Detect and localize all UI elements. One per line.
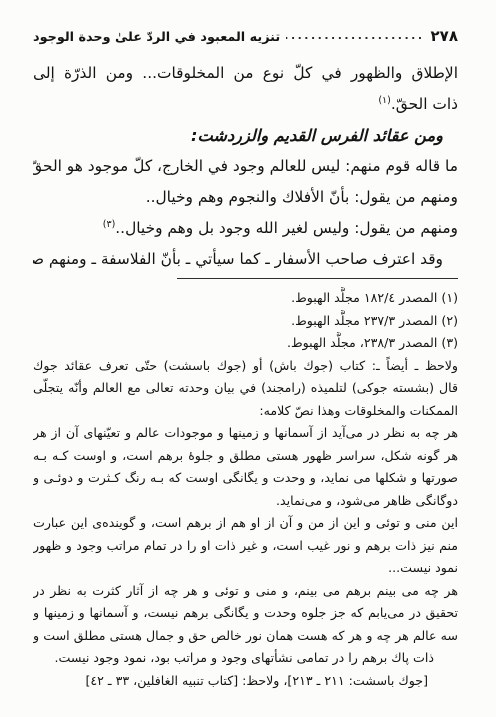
note-citation: [جوك باسشت: ٢١١ ـ ٢١٣]، ولاحظ: [كتاب تنب… <box>33 670 428 693</box>
note-line: دوگانگى ظاهر مى‌شود، و مى‌نمايد. <box>33 490 458 513</box>
book-page: ٢٧٨ ....................................… <box>0 0 496 717</box>
header-book-title: تنزيه المعبود في الردّ علىٰ وحدة الوجود <box>33 30 280 45</box>
body-line: ومنهم من يقول: بأنّ الأفلاك والنجوم وهم … <box>33 182 458 213</box>
body-line: ما قاله قوم منهم: ليس للعالم وجود في الخ… <box>33 151 458 182</box>
note-line: هر چه به نظر در مى‌آيد از آسمانها و زمين… <box>33 422 458 445</box>
note-line: ذات پاك برهم را در تمامى نشأتهاى وجود و … <box>33 647 434 670</box>
footnote-line: (٢) المصدر ٢٣٧/٣ مجلَّد الهبوط. <box>33 310 458 333</box>
note-line: صورتها و شكلها مى نمايد، و وحدت و يگانگى… <box>33 467 458 490</box>
note-line: هر گونه شكل، سراسر ظهور هستى مطلق و جلوه… <box>33 445 458 468</box>
footnote-separator <box>177 278 458 279</box>
note-line: ولاحظ ـ أيضاً ـ: كتاب (جوك باش) أو (جوك … <box>33 355 458 378</box>
dotted-leader: ........................................… <box>286 29 424 42</box>
note-line: الممكنات والمخلوقات وهذا نصّ كلامه: <box>33 400 458 423</box>
note-line: سه عالم هر چه و هر كه هست همان نور خالص … <box>33 625 458 648</box>
note-line: تحقيق در مى‌يابم كه جز جلوه وحدت و يگانگ… <box>33 602 458 625</box>
footnote-section: (١) المصدر ١٨٢/٤ مجلَّد الهبوط. (٢) المص… <box>33 287 458 692</box>
running-header: ٢٧٨ ....................................… <box>33 27 458 45</box>
footnote-line: (١) المصدر ١٨٢/٤ مجلَّد الهبوط. <box>33 287 458 310</box>
footnote-line: (٣) المصدر ٢٣٨/٣، مجلَّد الهبوط. <box>33 332 458 355</box>
footnote-ref-1: (١) <box>378 95 391 106</box>
body-line: ومنهم من يقول: وليس لغير الله وجود بل وه… <box>33 213 458 244</box>
note-line: نمود نيست... <box>33 557 458 580</box>
note-line: منم نيز ذات برهم و نور غيب است، و غير ذا… <box>33 535 458 558</box>
footnote-ref-3: (٣) <box>103 219 116 230</box>
main-text: الإطلاق والظهور في كلّ نوع من المخلوقات.… <box>33 58 458 275</box>
body-line: الإطلاق والظهور في كلّ نوع من المخلوقات.… <box>33 58 458 89</box>
section-heading: ومن عقائد الفرس القديم والزردشت: <box>33 120 443 151</box>
body-line: وقد اعترف صاحب الأسفار ـ كما سيأتي ـ بأن… <box>33 244 443 275</box>
page-number: ٢٧٨ <box>431 27 458 45</box>
note-line: اين منى و توئى و اين از من و آن از او هم… <box>33 512 458 535</box>
note-line: هر چه مى بينم برهم مى بينم، و منى و توئى… <box>33 580 458 603</box>
body-line: ذات الحقّ.(١) <box>33 89 458 120</box>
note-line: قال (بشسته جوكى) لتلميذه (رامجند) في بيا… <box>33 377 458 400</box>
